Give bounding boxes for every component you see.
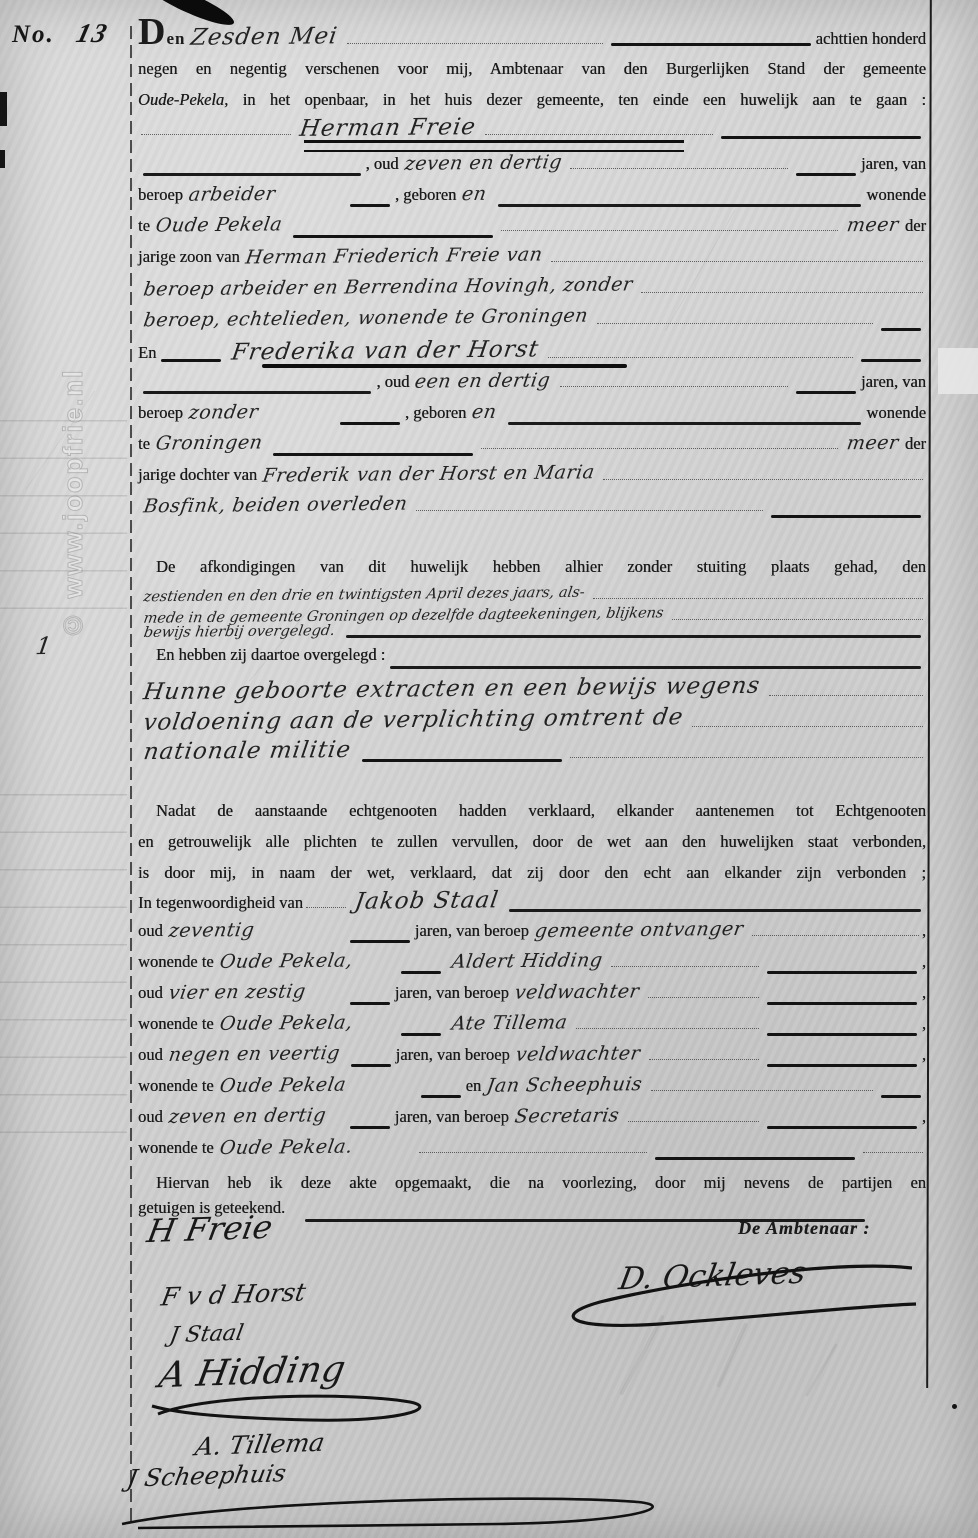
rule-line [293,235,493,239]
handwritten-value: negen en veertig [161,1042,347,1066]
handwritten-value: Oude Pekela, [212,1011,398,1035]
meer-handwritten: meer [840,432,907,455]
rule-line [881,1095,921,1099]
rule-line [767,1002,917,1006]
printed-label: oud [138,1107,163,1127]
printed-tegenwoordigheid: In tegenwoordigheid van [138,893,303,913]
act-number: No. 13 [12,18,108,49]
act-body: Den Zesden Mei achttien honderd negen en… [138,22,926,1229]
handwritten-value: zeven en dertig [161,1104,347,1128]
witness-line: wonende te Oude Pekela, Aldert Hidding , [138,950,926,981]
dotted-rule [692,710,923,727]
dotted-rule [416,494,763,511]
dotted-rule [548,341,853,358]
printed-year-prefix: achttien honderd [816,29,926,49]
printed-label-oud: , oud [376,372,409,392]
rule-line [767,1064,917,1068]
bride-age-line: , oud een en dertig jaren, van [138,370,926,401]
gemeente-name: Oude-Pekela, [138,90,228,109]
watermark: © www.joopfrie.nl [58,140,89,640]
dotted-rule [597,307,873,324]
printed-label: jaren, van beroep [395,1107,509,1127]
printed-label: jaren, van beroep [395,983,509,1003]
handwritten-value: veldwachter [507,980,647,1003]
rule-line [767,971,917,975]
groom-parents-handwritten-2: beroep arbeider en Berrendina Hovingh, z… [136,273,640,300]
handwritten-value: Oude Pekela, [212,949,398,973]
signature-witness-scheephuis: J Scheephuis [125,1459,288,1492]
handwritten-value: Secretaris [507,1104,627,1127]
printed-label: jaren, van beroep [396,1045,510,1065]
groom-parents-line1: jarige zoon van Herman Friederich Freie … [138,245,926,276]
dotted-rule [672,603,923,620]
rule-line [881,328,921,332]
documents-handwritten-1: Hunne geboorte extracten en een bewijs w… [138,676,926,707]
rule-line [362,759,562,763]
printed-label-wonende: wonende [866,185,926,205]
den-rest: en [166,29,185,48]
witness-line: oud zeventig jaren, van beroep gemeente … [138,919,926,950]
printed-trail: , [922,921,926,941]
printed-label-dochter: jarige dochter van [138,465,257,485]
documents-handwritten-3: nationale militie [138,738,926,769]
bride-residence-handwritten: Groningen [148,431,270,454]
rule-line [390,666,921,669]
rule-line [401,1033,441,1037]
bride-occupation-handwritten: zonder [181,400,336,424]
printed-label-beroep: beroep [138,403,183,423]
witness-line: oud vier en zestig jaren, van beroep vel… [138,981,926,1012]
witness1-name-handwritten: Jakob Staal [347,887,507,915]
printed-trail: , [922,1014,926,1034]
rule-line [401,971,441,975]
ambtenaar-label: De Ambtenaar : [738,1218,870,1239]
groom-geboren-handwritten: en [455,183,495,205]
printed-overgelegd: En hebben zij daartoe overgelegd : [138,645,385,665]
printed-label: wonende te [138,1014,214,1034]
margin-mark: 1 [28,632,60,660]
dotted-rule [752,919,919,936]
den-initial: D [138,11,166,53]
rule-line [350,940,410,944]
rule-line [498,204,862,207]
bride-residence-line: te Groningen meer der [138,432,926,463]
witness-line: wonende te Oude Pekela, Ate Tillema , [138,1012,926,1043]
banns-handwritten-2: mede in de gemeente Groningen op dezelfd… [138,603,926,624]
groom-name-handwritten: Herman Freie [292,114,484,142]
scanned-marriage-act: © www.joopfrie.nl No. 13 1 Den Zesden Me… [0,0,978,1538]
rule-line [508,422,862,425]
dotted-rule [481,432,838,449]
signature-flourish [150,1392,450,1426]
dotted-rule [648,981,759,998]
margin-ruled-lines [0,758,127,1150]
groom-age-handwritten: zeven en dertig [397,151,569,175]
signature-groom: H Freie [144,1208,275,1250]
rule-line [421,1095,461,1099]
rule-line [143,173,361,176]
groom-age-line: , oud zeven en dertig jaren, van [138,152,926,183]
banns-handwritten-3: bewijs hierbij overgelegd. [138,624,926,645]
double-underline [304,140,684,152]
printed-label-der: der [905,216,926,236]
rule-line [771,515,921,519]
rule-line [611,43,811,47]
handwritten-value: veldwachter [508,1042,648,1065]
printed-label-en: En [138,343,156,363]
witness-line: oud negen en veertig jaren, van beroep v… [138,1043,926,1074]
banns-line1: De afkondigingen van dit huwelijk hebben… [138,551,926,582]
rule-line [767,1033,917,1037]
dotted-rule [651,1074,873,1091]
signature-witness-staal: J Staal [168,1321,246,1349]
dotted-rule [560,370,788,387]
rule-line [796,173,856,177]
printed-trail: , [922,983,926,1003]
rule-line [143,391,371,394]
rule-line [273,453,473,457]
intro-line3: Oude-Pekela, in het openbaar, in het hui… [138,84,926,115]
groom-parents-handwritten-1: Herman Friederich Freie van [238,243,550,268]
bride-occupation-line: beroep zonder , geboren en wonende [138,401,926,432]
bride-parents-handwritten-2: Bosfink, beiden overleden [136,493,415,518]
rule-line [796,391,856,395]
bride-age-handwritten: een en dertig [408,369,559,393]
edge-speck [0,150,5,168]
rule-line [350,204,390,208]
scan-light-patch [938,348,978,394]
bride-geboren-handwritten: en [465,401,505,423]
dotted-rule [603,463,923,480]
printed-trail: , [922,952,926,972]
rule-line [767,1126,917,1130]
rule-line [351,1064,391,1068]
groom-parents-line2: beroep arbeider en Berrendina Hovingh, z… [138,276,926,307]
rule-line [161,359,221,363]
intro-line2: negen en negentig verschenen voor mij, A… [138,53,926,84]
drop-cap-den: Den [138,22,185,49]
printed-label-zoon: jarige zoon van [138,247,240,267]
printed-label-wonende: wonende [866,403,926,423]
rule-line [861,359,921,363]
bride-name-handwritten: Frederika van der Horst [224,336,547,365]
printed-label-oud: , oud [366,154,399,174]
intro-line3-rest: in het openbaar, in het huis dezer gemee… [228,90,926,109]
declaration-line1: Nadat de aanstaande echtgenooten hadden … [138,795,926,826]
printed-label: oud [138,921,163,941]
rule-line [340,422,400,426]
declaration-line2: en getrouwelijk alle plichten te zullen … [138,826,926,857]
documents-hw2: voldoening aan de verplichting omtrent d… [136,704,692,736]
signature-witness-tillema: A. Tillema [193,1428,327,1461]
rule-line [346,635,921,638]
signature-area: H Freie F v d Horst J Staal A Hidding A.… [0,1130,978,1538]
printed-trail: , [922,1107,926,1127]
intro-date-line: Den Zesden Mei achttien honderd [138,22,926,53]
banns-line2: En hebben zij daartoe overgelegd : [138,645,926,676]
witness-intro-line: In tegenwoordigheid van Jakob Staal [138,888,926,919]
documents-hw3: nationale militie [136,737,359,765]
ambtenaar-signature-flourish [540,1258,920,1338]
banns-hw3: bewijs hierbij overgelegd. [137,623,342,641]
printed-label: oud [138,983,163,1003]
dotted-rule [501,214,838,231]
bride-parents-line2: Bosfink, beiden overleden [138,494,926,525]
edge-speck [0,92,7,126]
dotted-rule [485,118,713,135]
banns-handwritten-1: zestienden en den drie en twintigsten Ap… [138,582,926,603]
printed-label: oud [138,1045,163,1065]
rule-line [509,909,921,912]
documents-hw1: Hunne geboorte extracten en een bewijs w… [136,673,769,706]
documents-handwritten-2: voldoening aan de verplichting omtrent d… [138,707,926,738]
rule-line [721,136,921,140]
handwritten-value: vier en zestig [161,980,347,1004]
rule-line [350,1002,390,1006]
wedding-date-handwritten: Zesden Mei [183,23,345,51]
printed-label-jaren: jaren, van [861,372,926,392]
printed-label-jaren: jaren, van [861,154,926,174]
dotted-rule [649,1043,759,1060]
bleedthrough-mark [805,1343,838,1396]
dotted-rule [347,27,603,44]
signature-bride: F v d Horst [159,1278,308,1312]
groom-occupation-handwritten: arbeider [181,182,347,206]
dotted-rule [576,1012,759,1029]
dotted-rule [641,276,923,293]
handwritten-value: Aldert Hidding [444,949,610,973]
handwritten-value: Ate Tillema [444,1011,575,1034]
printed-label-geboren: , geboren [405,403,466,423]
act-number-label: No. [12,21,55,48]
groom-occupation-line: beroep arbeider , geboren en wonende [138,183,926,214]
dotted-rule [769,679,923,696]
groom-parents-line3: beroep, echtelieden, wonende te Groninge… [138,307,926,338]
dotted-rule [551,245,923,262]
dotted-rule [141,118,291,135]
handwritten-value: gemeente ontvanger [527,918,751,942]
groom-residence-line: te Oude Pekela meer der [138,214,926,245]
printed-label: jaren, van beroep [415,921,529,941]
handwritten-value: zeventig [161,918,347,942]
printed-label-beroep: beroep [138,185,183,205]
dotted-rule [306,891,346,908]
signature-flourish [118,1492,678,1532]
act-number-value: 13 [59,18,112,49]
printed-label-geboren: , geboren [395,185,456,205]
bride-parents-handwritten-1: Frederik van der Horst en Maria [255,461,602,487]
dotted-rule [611,950,759,967]
witness-line: wonende te Oude Pekela en Jan Scheephuis [138,1074,926,1105]
handwritten-value: Oude Pekela [212,1073,418,1097]
groom-parents-handwritten-3: beroep, echtelieden, wonende te Groninge… [136,305,596,332]
printed-label: wonende te [138,1076,214,1096]
dotted-rule [570,741,923,758]
declaration-line3: is door mij, in naam der wet, verklaard,… [138,857,926,888]
groom-residence-handwritten: Oude Pekela [148,213,290,236]
dotted-rule [593,582,923,599]
printed-label: wonende te [138,952,214,972]
printed-trail: , [922,1045,926,1065]
dotted-rule [570,152,788,169]
bride-parents-line1: jarige dochter van Frederik van der Hors… [138,463,926,494]
signature-witness-hidding: A Hidding [156,1349,349,1396]
printed-label-der: der [905,434,926,454]
handwritten-value: Jan Scheephuis [479,1073,650,1097]
dotted-rule [628,1105,759,1122]
meer-handwritten: meer [840,214,907,237]
rule-line [350,1126,390,1130]
